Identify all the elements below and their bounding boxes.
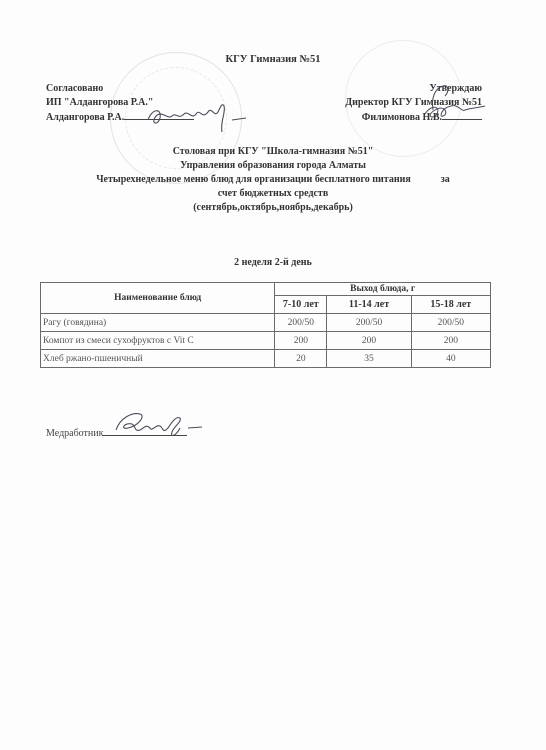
heading-funding: счет бюджетных средств: [0, 187, 546, 201]
approval-left-signer: Алдангорова Р.А.: [46, 110, 194, 125]
header-age-11-14: 11-14 лет: [327, 296, 411, 314]
menu-heading: Столовая при КГУ "Школа-гимназия №51" Уп…: [0, 145, 546, 215]
header-dish-name: Наименование блюд: [41, 283, 275, 314]
dish-name: Хлеб ржано-пшеничный: [41, 350, 275, 368]
header-portion-group: Выход блюда, г: [275, 283, 491, 296]
week-day-label: 2 неделя 2-й день: [0, 257, 546, 268]
medic-label: Медработник: [46, 428, 103, 439]
approval-block-left: Согласовано ИП "Алдангорова Р.А." Алданг…: [46, 82, 194, 125]
organization-title: КГУ Гимназия №51: [0, 54, 546, 65]
approval-right-signer: Филимонова Н.В.: [270, 110, 482, 125]
portion-value: 200: [327, 332, 411, 350]
portion-value: 200/50: [327, 314, 411, 332]
table-row: Хлеб ржано-пшеничный 20 35 40: [41, 350, 491, 368]
signature-line: [124, 110, 194, 120]
portion-value: 40: [411, 350, 490, 368]
header-age-7-10: 7-10 лет: [275, 296, 327, 314]
document-page: КГУ Гимназия №51 Согласовано ИП "Алданго…: [0, 0, 546, 750]
approval-block-right: Утверждаю Директор КГУ Гимназия №51 Фили…: [270, 82, 482, 125]
dish-name: Компот из смеси сухофруктов с Vit C: [41, 332, 275, 350]
heading-department: Управления образования города Алматы: [0, 159, 546, 173]
table-row: Компот из смеси сухофруктов с Vit C 200 …: [41, 332, 491, 350]
portion-value: 35: [327, 350, 411, 368]
approval-right-position: Директор КГУ Гимназия №51: [270, 96, 482, 110]
dish-name: Рагу (говядина): [41, 314, 275, 332]
approval-left-company: ИП "Алдангорова Р.А.": [46, 96, 194, 110]
signature-line: [103, 426, 187, 436]
table-row: Рагу (говядина) 200/50 200/50 200/50: [41, 314, 491, 332]
heading-months: (сентябрь,октябрь,ноябрь,декабрь): [0, 201, 546, 215]
menu-table: Наименование блюд Выход блюда, г 7-10 ле…: [40, 282, 491, 368]
approval-right-label: Утверждаю: [270, 82, 482, 96]
heading-menu-title: Четырехнедельное меню блюд для организац…: [0, 173, 546, 187]
portion-value: 200: [411, 332, 490, 350]
portion-value: 200/50: [275, 314, 327, 332]
portion-value: 200: [275, 332, 327, 350]
portion-value: 20: [275, 350, 327, 368]
medic-signature-block: Медработник: [46, 426, 187, 439]
heading-canteen: Столовая при КГУ "Школа-гимназия №51": [0, 145, 546, 159]
header-age-15-18: 15-18 лет: [411, 296, 490, 314]
signature-line: [442, 110, 482, 120]
portion-value: 200/50: [411, 314, 490, 332]
approval-left-label: Согласовано: [46, 82, 194, 96]
